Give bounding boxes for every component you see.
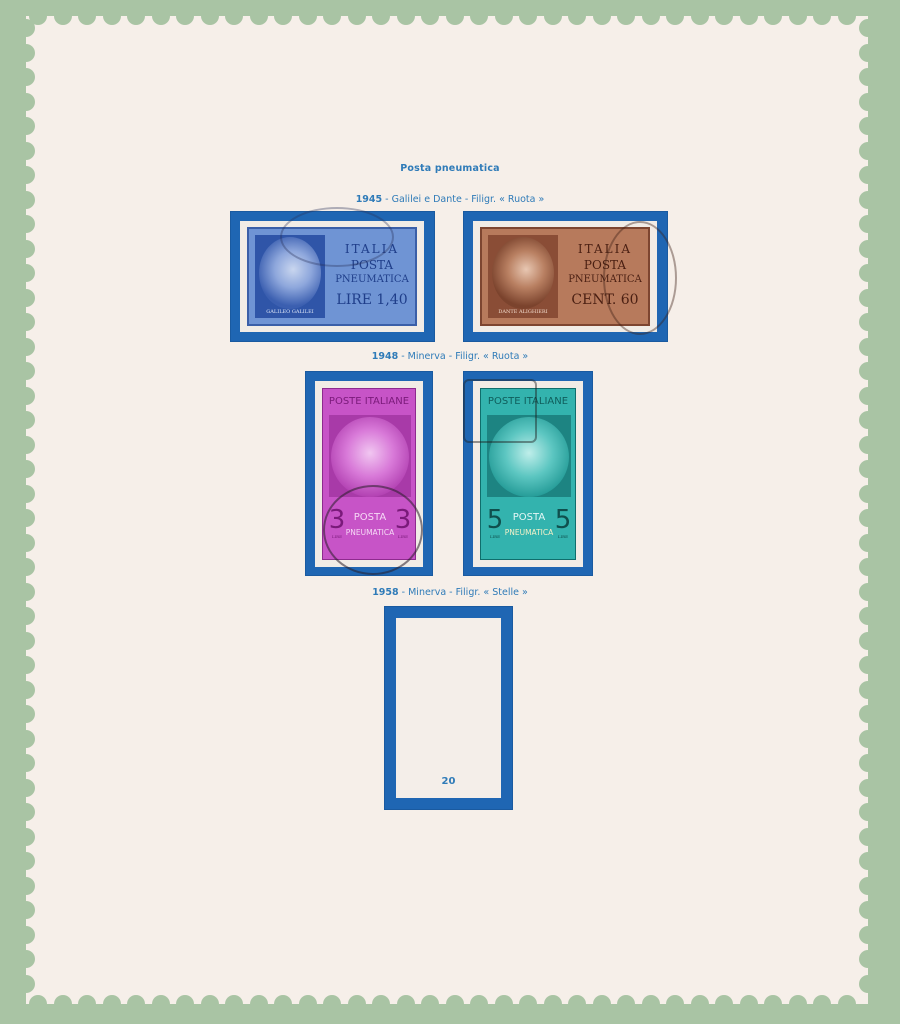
dante-stamp[interactable]: DANTE ALIGHIERI ITALIA POSTA PNEUMATICA … [473,221,657,332]
section-description: - Minerva - Filigr. « Ruota » [398,351,528,362]
section-year: 1945 [356,194,382,205]
postmark [603,221,677,335]
stamp-mount-minerva-5: POSTE ITALIANE 5 5 LIRE LIRE POSTA PNEUM… [464,372,592,575]
section-year: 1958 [372,587,398,598]
section-caption-1945: 1945 - Galilei e Dante - Filigr. « Ruota… [0,194,900,205]
stamp-mount-galileo: GALILEO GALILEI ITALIA POSTA PNEUMATICA … [231,212,434,341]
portrait-label: GALILEO GALILEI [261,310,319,315]
section-description: - Galilei e Dante - Filigr. « Ruota » [382,194,544,205]
minerva-3-lire-stamp[interactable]: POSTE ITALIANE 3 3 LIRE LIRE POSTA PNEUM… [315,381,423,567]
section-year: 1948 [372,351,398,362]
empty-slot-inner: 20 [396,618,501,798]
postmark [463,379,537,443]
section-description: - Minerva - Filigr. « Stelle » [399,587,528,598]
stamp-mount-dante: DANTE ALIGHIERI ITALIA POSTA PNEUMATICA … [464,212,667,341]
galileo-stamp[interactable]: GALILEO GALILEI ITALIA POSTA PNEUMATICA … [240,221,424,332]
section-caption-1958: 1958 - Minerva - Filigr. « Stelle » [0,587,900,598]
stamp-mount-minerva-3: POSTE ITALIANE 3 3 LIRE LIRE POSTA PNEUM… [306,372,432,575]
stamp-header: POSTE ITALIANE [323,397,415,407]
empty-stamp-slot[interactable]: 20 [385,607,512,809]
dante-portrait [492,237,554,309]
stamp-value: LIRE 1,40 [329,293,415,307]
page-title: Posta pneumatica [0,163,900,174]
postmark [280,207,394,267]
page-number: 20 [396,776,501,787]
stamp-text-line: PNEUMATICA [329,275,415,285]
section-caption-1948: 1948 - Minerva - Filigr. « Ruota » [0,351,900,362]
stamp-text-line: POSTA [503,513,555,523]
stamp-text-line: PNEUMATICA [501,529,557,537]
minerva-5-lire-stamp[interactable]: POSTE ITALIANE 5 5 LIRE LIRE POSTA PNEUM… [473,381,583,567]
portrait-label: DANTE ALIGHIERI [494,310,552,315]
postmark [323,485,423,575]
